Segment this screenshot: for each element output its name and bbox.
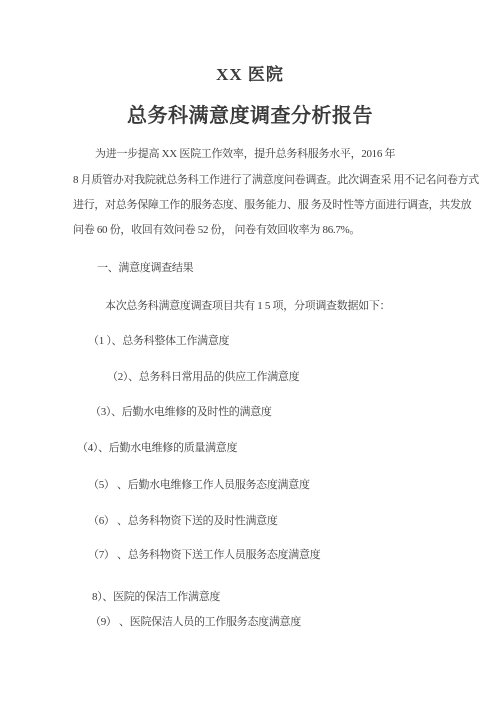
section-lead-sentence: 本次总务科满意度调查项目共有 1 5 项，分项调查数据如下： [105,299,390,313]
intro-paragraph-line-1: 为进一步提高 XX 医院工作效率，提升总务科服务水平，2016 年 [95,147,395,161]
intro-paragraph-line-2: 8 月质管办对我院就总务科工作进行了满意度问卷调查。此次调查采 用不记名问卷方式 [73,173,479,187]
survey-item-2: （2）、总务科日常用品的供应工作满意度 [107,370,299,384]
survey-item-6: （6） 、总务科物资下送的及时性满意度 [88,514,278,528]
survey-item-1: （1 ）、总务科整体工作满意度 [88,334,229,348]
survey-item-4: （4）、后勤水电维修的质量满意度 [77,441,237,455]
survey-item-9: （9） 、医院保洁人员的工作服务态度满意度 [90,615,301,629]
survey-item-8: 8）、医院的保洁工作满意度 [92,590,220,604]
survey-item-3: （3）、后勤水电维修的及时性的满意度 [90,405,272,419]
document-subtitle: 总务科满意度调查分析报告 [0,99,500,128]
document-title: XX 医院 [0,60,500,85]
intro-paragraph-line-4: 问卷 60 份，收回有效问卷 52 份， 问卷有效回收率为 86.7%。 [73,223,360,237]
section-heading: 一、满意度调查结果 [97,261,193,275]
document-page: XX 医院 总务科满意度调查分析报告 为进一步提高 XX 医院工作效率，提升总务… [0,0,500,708]
intro-paragraph-line-3: 进行，对总务保障工作的服务态度、服务能力、服 务及时性等方面进行调查，共发放 [73,198,471,212]
survey-item-5: （5） 、后勤水电维修工作人员服务态度满意度 [88,478,310,492]
survey-item-7: （7） 、总务科物资下送工作人员服务态度满意度 [88,548,320,562]
